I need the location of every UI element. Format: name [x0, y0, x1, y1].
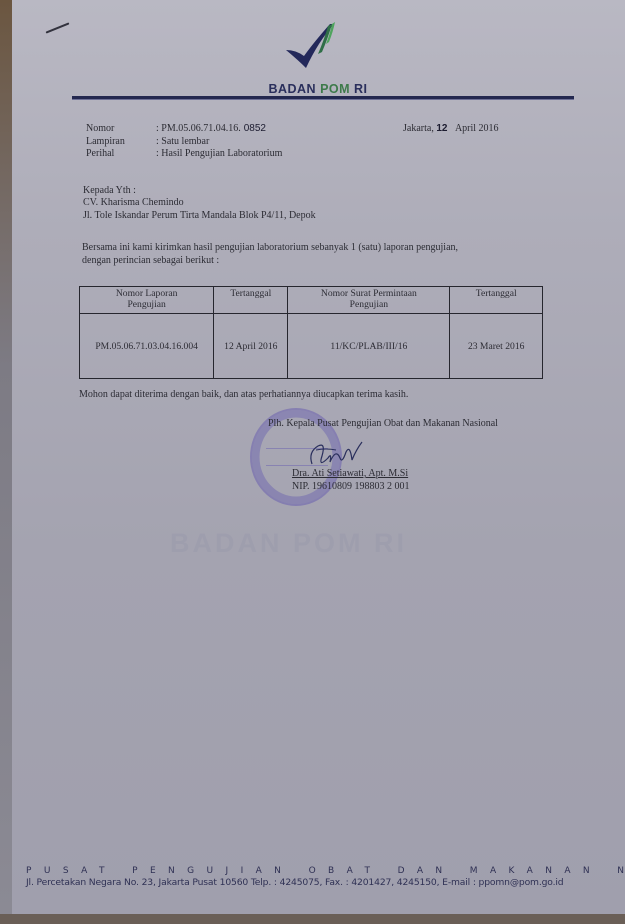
nomor-handwritten: 0852: [244, 123, 266, 136]
body-paragraph: Bersama ini kami kirimkan hasil pengujia…: [82, 241, 552, 267]
addressee-block: Kepada Yth : CV. Kharisma Chemindo Jl. T…: [83, 185, 316, 222]
signature-title-block: Plh. Kepala Pusat Pengujian Obat dan Mak…: [268, 418, 498, 429]
table-header-row: Nomor Laporan Pengujian Tertanggal Nomor…: [80, 287, 543, 314]
nomor-label: Nomor: [86, 123, 156, 136]
letter-meta: Nomor : PM.05.06.71.04.16. 0852 Lampiran…: [86, 123, 282, 161]
footer-org-name: PUSAT PENGUJIAN OBAT DAN MAKANAN NASIONA…: [26, 866, 625, 876]
col-header-request-date: Tertanggal: [450, 287, 543, 314]
company-name: CV. Kharisma Chemindo: [83, 197, 316, 209]
footer: PUSAT PENGUJIAN OBAT DAN MAKANAN NASIONA…: [26, 866, 625, 888]
checkmark-swoosh-icon: [284, 20, 354, 72]
footer-address: Jl. Percetakan Negara No. 23, Jakarta Pu…: [26, 877, 625, 888]
date-day-handwritten: 12: [436, 123, 447, 134]
report-table: Nomor Laporan Pengujian Tertanggal Nomor…: [79, 286, 543, 379]
watermark: BADAN POM RI: [170, 528, 407, 559]
header-divider: [72, 96, 574, 100]
perihal-value: : Hasil Pengujian Laboratorium: [156, 148, 282, 161]
cell-request-date: 23 Maret 2016: [450, 314, 543, 379]
perihal-label: Perihal: [86, 148, 156, 161]
cell-report-number: PM.05.06.71.03.04.16.004: [80, 314, 214, 379]
signer-name: Dra. Ati Setiawati, Apt. M.Si: [292, 467, 410, 480]
background-edge: [0, 0, 12, 914]
nomor-value: : PM.05.06.71.04.16.: [156, 123, 241, 136]
signatory-title: Plh. Kepala Pusat Pengujian Obat dan Mak…: [268, 418, 498, 429]
lampiran-value: : Satu lembar: [156, 136, 209, 149]
table-row: PM.05.06.71.03.04.16.004 12 April 2016 1…: [80, 314, 543, 379]
company-address: Jl. Tole Iskandar Perum Tirta Mandala Bl…: [83, 210, 316, 222]
cell-report-date: 12 April 2016: [214, 314, 288, 379]
lampiran-label: Lampiran: [86, 136, 156, 149]
greeting: Kepada Yth :: [83, 185, 316, 197]
col-header-report-number: Nomor Laporan Pengujian: [80, 287, 214, 314]
signer-block: Dra. Ati Setiawati, Apt. M.Si NIP. 19610…: [292, 467, 410, 493]
col-header-report-date: Tertanggal: [214, 287, 288, 314]
background-floor: [0, 914, 625, 924]
closing-sentence: Mohon dapat diterima dengan baik, dan at…: [79, 389, 408, 400]
org-name: BADAN POM RI: [268, 82, 368, 96]
col-header-request-number: Nomor Surat Permintaan Pengujian: [288, 287, 450, 314]
signer-nip: NIP. 19610809 198803 2 001: [292, 480, 410, 493]
letter-date: Jakarta, 12 April 2016: [403, 123, 499, 134]
cell-request-number: 11/KC/PLAB/III/16: [288, 314, 450, 379]
